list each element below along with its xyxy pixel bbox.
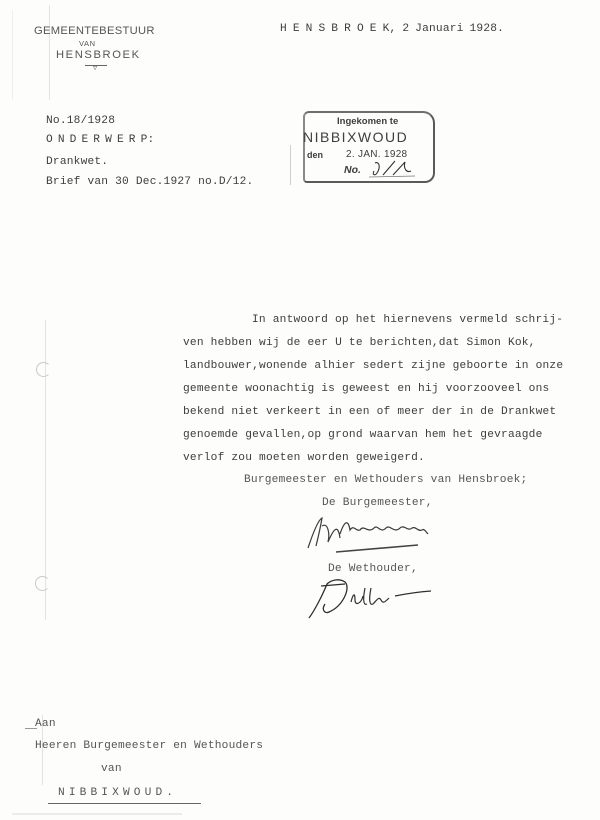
- letterhead-municipality: HENSBROEK: [56, 49, 141, 61]
- punch-hole-mark: [35, 576, 50, 591]
- subject-label: O N D E R W E R P:: [46, 134, 154, 146]
- body-line: ven hebben wij de eer U te berichten,dat…: [183, 337, 536, 349]
- dateline: H E N S B R O E K, 2 Januari 1928.: [280, 23, 504, 35]
- letter-reference: Brief van 30 Dec.1927 no.D/12.: [46, 176, 253, 188]
- punch-hole-mark: [36, 362, 51, 377]
- addressee-place-underline: [48, 803, 201, 804]
- letterhead-title: GEMEENTEBESTUUR: [34, 25, 155, 37]
- addressee-recipient: Heeren Burgemeester en Wethouders: [35, 740, 263, 752]
- stamp-number-handwriting: [365, 159, 425, 181]
- received-stamp: Ingekomen te NIBBIXWOUD den 2. JAN. 1928…: [303, 111, 435, 183]
- ornament-icon: ▽: [93, 64, 97, 72]
- stamp-no-label: No.: [344, 164, 361, 176]
- alderman-signature: [305, 574, 455, 624]
- addressee-van: van: [101, 763, 122, 775]
- addressee-place: N I B B I X W O U D .: [58, 787, 173, 799]
- margin-line: [49, 5, 50, 100]
- body-line: genoemde gevallen,op grond waarvan hem h…: [183, 429, 543, 441]
- body-line: In antwoord op het hiernevens vermeld sc…: [252, 314, 563, 326]
- reference-number: No.18/1928: [46, 115, 115, 127]
- scan-edge: [12, 813, 182, 815]
- stamp-received-label: Ingekomen te: [337, 116, 398, 127]
- letterhead-van: VAN: [79, 39, 96, 48]
- stamp-den-label: den: [307, 150, 323, 160]
- mark-line: [290, 145, 291, 185]
- body-line: bekend niet verkeert in een of meer der …: [183, 406, 556, 418]
- body-line: verlof zou moeten worden geweigerd.: [183, 452, 425, 464]
- closing-authority: Burgemeester en Wethouders van Hensbroek…: [244, 474, 527, 486]
- margin-line: [12, 10, 13, 100]
- stamp-place: NIBBIXWOUD: [303, 129, 408, 145]
- body-line: gemeente woonachtig is geweest en hij vo…: [183, 383, 549, 395]
- addressee-to: Aan: [35, 718, 56, 730]
- body-line: landbouwer,wonende alhier sedert zijne g…: [183, 360, 563, 372]
- subject-value: Drankwet.: [46, 156, 108, 168]
- mayor-signature: [300, 508, 450, 558]
